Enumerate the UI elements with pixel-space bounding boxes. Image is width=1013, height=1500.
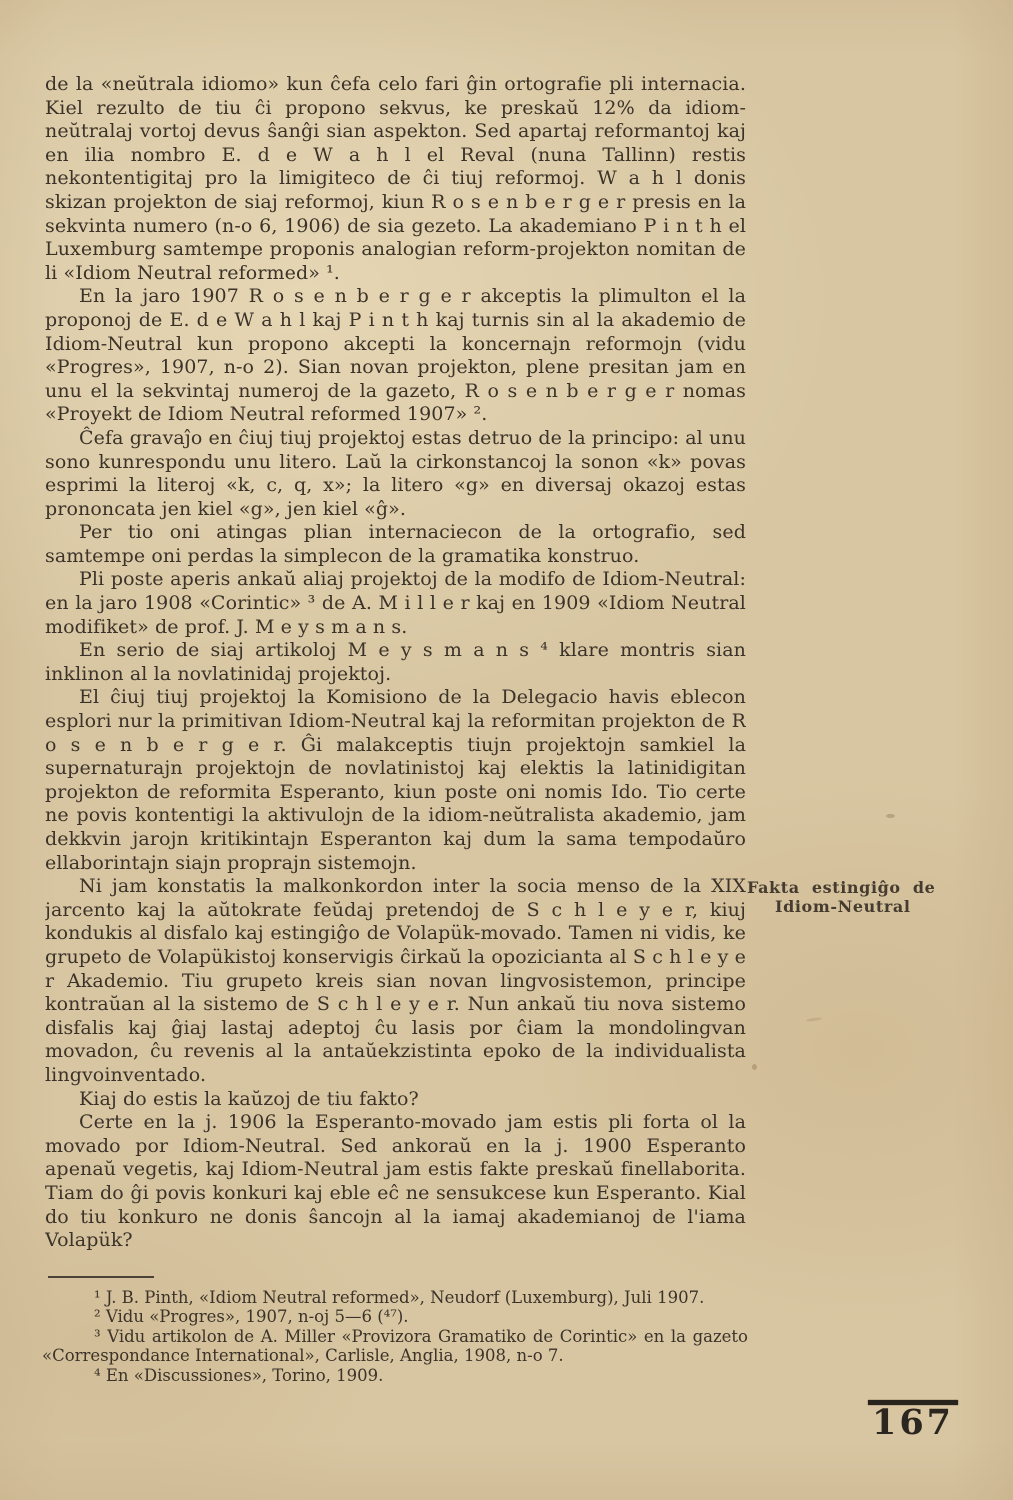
margin-note-line: Idiom-Neutral [747, 897, 937, 916]
book-page: de la «neŭtrala idiomo» kun ĉefa celo fa… [0, 0, 1013, 1500]
paragraph: Ni jam konstatis la malkonkordon inter l… [45, 875, 746, 1087]
margin-note-line: Fakta estingiĝo de [747, 878, 937, 897]
paragraph: de la «neŭtrala idiomo» kun ĉefa celo fa… [45, 73, 746, 285]
footnote: ² Vidu «Progres», 1907, n-oj 5—6 (⁴⁷). [42, 1307, 748, 1326]
paper-speck [886, 814, 895, 818]
footnote: ⁴ En «Discussiones», Torino, 1909. [42, 1366, 748, 1385]
paper-speck [752, 1064, 757, 1070]
paper-speck [806, 1017, 822, 1022]
margin-note: Fakta estingiĝo de Idiom-Neutral [747, 878, 937, 916]
paragraph: Kiaj do estis la kaŭzoj de tiu fakto? [45, 1088, 746, 1112]
page-number: 167 [860, 1402, 966, 1443]
paragraph: Per tio oni atingas plian internaciecon … [45, 521, 746, 568]
footnote: ¹ J. B. Pinth, «Idiom Neutral reformed»,… [42, 1288, 748, 1307]
paragraph: El ĉiuj tiuj projektoj la Komisiono de l… [45, 686, 746, 875]
footnotes: ¹ J. B. Pinth, «Idiom Neutral reformed»,… [42, 1288, 748, 1385]
paragraph: Pli poste aperis ankaŭ aliaj projektoj d… [45, 568, 746, 639]
footnote-separator-rule [48, 1276, 154, 1278]
paragraph: En serio de siaj artikoloj M e y s m a n… [45, 639, 746, 686]
paragraph: Certe en la j. 1906 la Esperanto-movado … [45, 1111, 746, 1253]
paragraph: Ĉefa gravaĵo en ĉiuj tiuj projektoj esta… [45, 427, 746, 521]
body-text: de la «neŭtrala idiomo» kun ĉefa celo fa… [45, 73, 746, 1265]
paragraph: En la jaro 1907 R o s e n b e r g e r ak… [45, 285, 746, 427]
footnote: ³ Vidu artikolon de A. Miller «Provizora… [42, 1327, 748, 1366]
